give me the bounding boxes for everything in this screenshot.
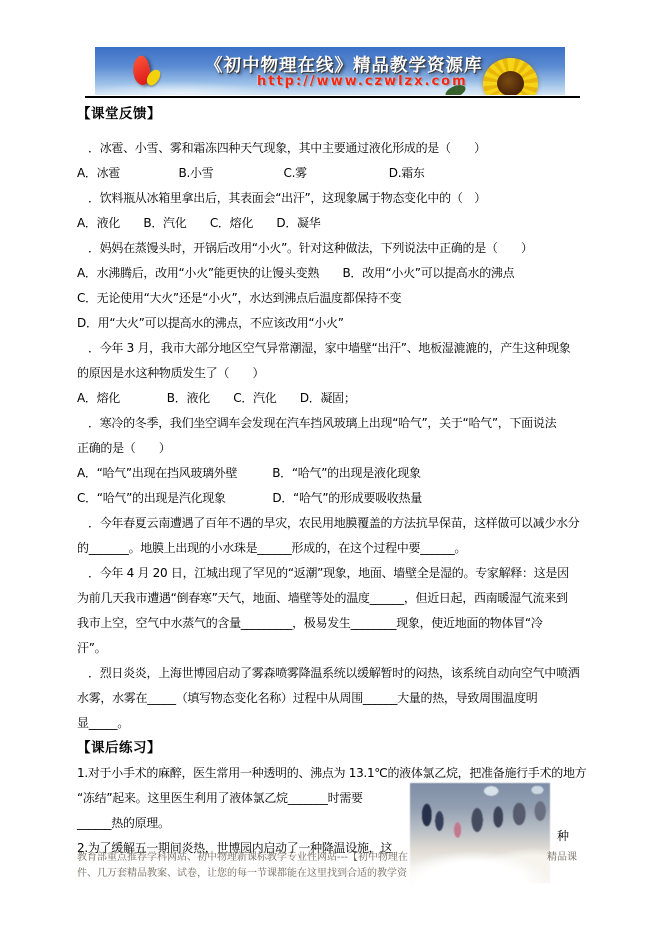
- section-heading-classroom-feedback: 【课堂反馈】: [77, 104, 593, 124]
- question-line: ．寒冷的冬季，我们坐空调车会发现在汽车挡风玻璃上出现“哈气”，关于“哈气”，下面…: [77, 411, 593, 436]
- option-line: D．用“大火”可以提高水的沸点，不应该改用“小火”: [77, 311, 593, 336]
- section-heading-homework: 【课后练习】: [77, 736, 593, 761]
- site-banner: 《初中物理在线》精品教学资源库 http://www.czwlzx.com: [95, 47, 565, 95]
- option-line: A．熔化 B．液化 C．汽化 D．凝固；: [77, 386, 593, 411]
- footer-note-line2: 件、几万套精品教案、试卷，让您的每一节课都能在这里找到合适的教学资: [77, 866, 407, 881]
- question-line: ．烈日炎炎，上海世博园启动了雾森喷雾降温系统以缓解暂时的闷热，该系统自动向空气中…: [77, 661, 593, 686]
- text-line: 显_____。: [77, 711, 593, 736]
- blank-fill-line: 为前几天我市遭遇“倒春寒”天气，地面、墙壁等处的温度______，但近日起，西南…: [77, 586, 593, 611]
- option-line: C．“哈气”的出现是汽化现象 D．“哈气”的形成要吸收热量: [77, 486, 593, 511]
- header-divider: [85, 96, 580, 98]
- wrapped-text-fragment: 种: [557, 824, 569, 849]
- option-line: A．液化 B．汽化 C．熔化 D．凝华: [77, 211, 593, 236]
- footer-note-line1-right: 精品课: [547, 850, 577, 865]
- question-line: ．冰雹、小雪、雾和霜冻四种天气现象，其中主要通过液化形成的是（ ）: [77, 136, 593, 161]
- text-line: 汗”。: [77, 636, 593, 661]
- mist-spray-photo: [410, 783, 550, 883]
- worksheet-page: 《初中物理在线》精品教学资源库 http://www.czwlzx.com 【课…: [0, 0, 661, 936]
- blank-fill-line: 的_______。地膜上出现的小水珠是______形成的，在这个过程中要____…: [77, 536, 593, 561]
- text-line: 正确的是（ ）: [77, 436, 593, 461]
- option-line: A．水沸腾后，改用“小火”能更快的让馒头变熟 B．改用“小火”可以提高水的沸点: [77, 261, 593, 286]
- option-line: C．无论使用“大火”还是“小火”，水达到沸点后温度都保持不变: [77, 286, 593, 311]
- banner-site-url[interactable]: http://www.czwlzx.com: [257, 74, 468, 89]
- question-line: ．今年春夏云南遭遇了百年不遇的旱灾，农民用地膜覆盖的方法抗旱保苗，这样做可以减少…: [77, 511, 593, 536]
- blank-fill-line: 水雾，水雾在_____（填写物态变化名称）过程中从周围______大量的热，导致…: [77, 686, 593, 711]
- sunflower-icon: [483, 58, 538, 95]
- question-line: ．今年 4 月 20 日，江城出现了罕见的“返潮”现象，地面、墙壁全是湿的。专家…: [77, 561, 593, 586]
- question-line: ．妈妈在蒸馒头时，开锅后改用“小火”。针对这种做法，下列说法中正确的是（ ）: [77, 236, 593, 261]
- footer-note-line1: 教育部重点推荐学科网站、初中物理新课标教学专业性网站---【初中物理在: [77, 850, 408, 865]
- question-line: ．饮料瓶从冰箱里拿出后，其表面会“出汗”，这现象属于物态变化中的（ ）: [77, 186, 593, 211]
- text-line: 的原因是水这种物质发生了（ ）: [77, 361, 593, 386]
- worksheet-content: 【课堂反馈】 ．冰雹、小雪、雾和霜冻四种天气现象，其中主要通过液化形成的是（ ）…: [77, 104, 593, 861]
- option-line: A．“哈气”出现在挡风玻璃外壁 B．“哈气”的出现是液化现象: [77, 461, 593, 486]
- question-line: ．今年 3 月，我市大部分地区空气异常潮湿，家中墙壁“出汗”、地板湿漉漉的，产生…: [77, 336, 593, 361]
- option-line: A．冰雹 B.小雪 C.雾 D.霜东: [77, 161, 593, 186]
- blank-fill-line: 我市上空，空气中水蒸气的含量_________，极易发生________现象，使…: [77, 611, 593, 636]
